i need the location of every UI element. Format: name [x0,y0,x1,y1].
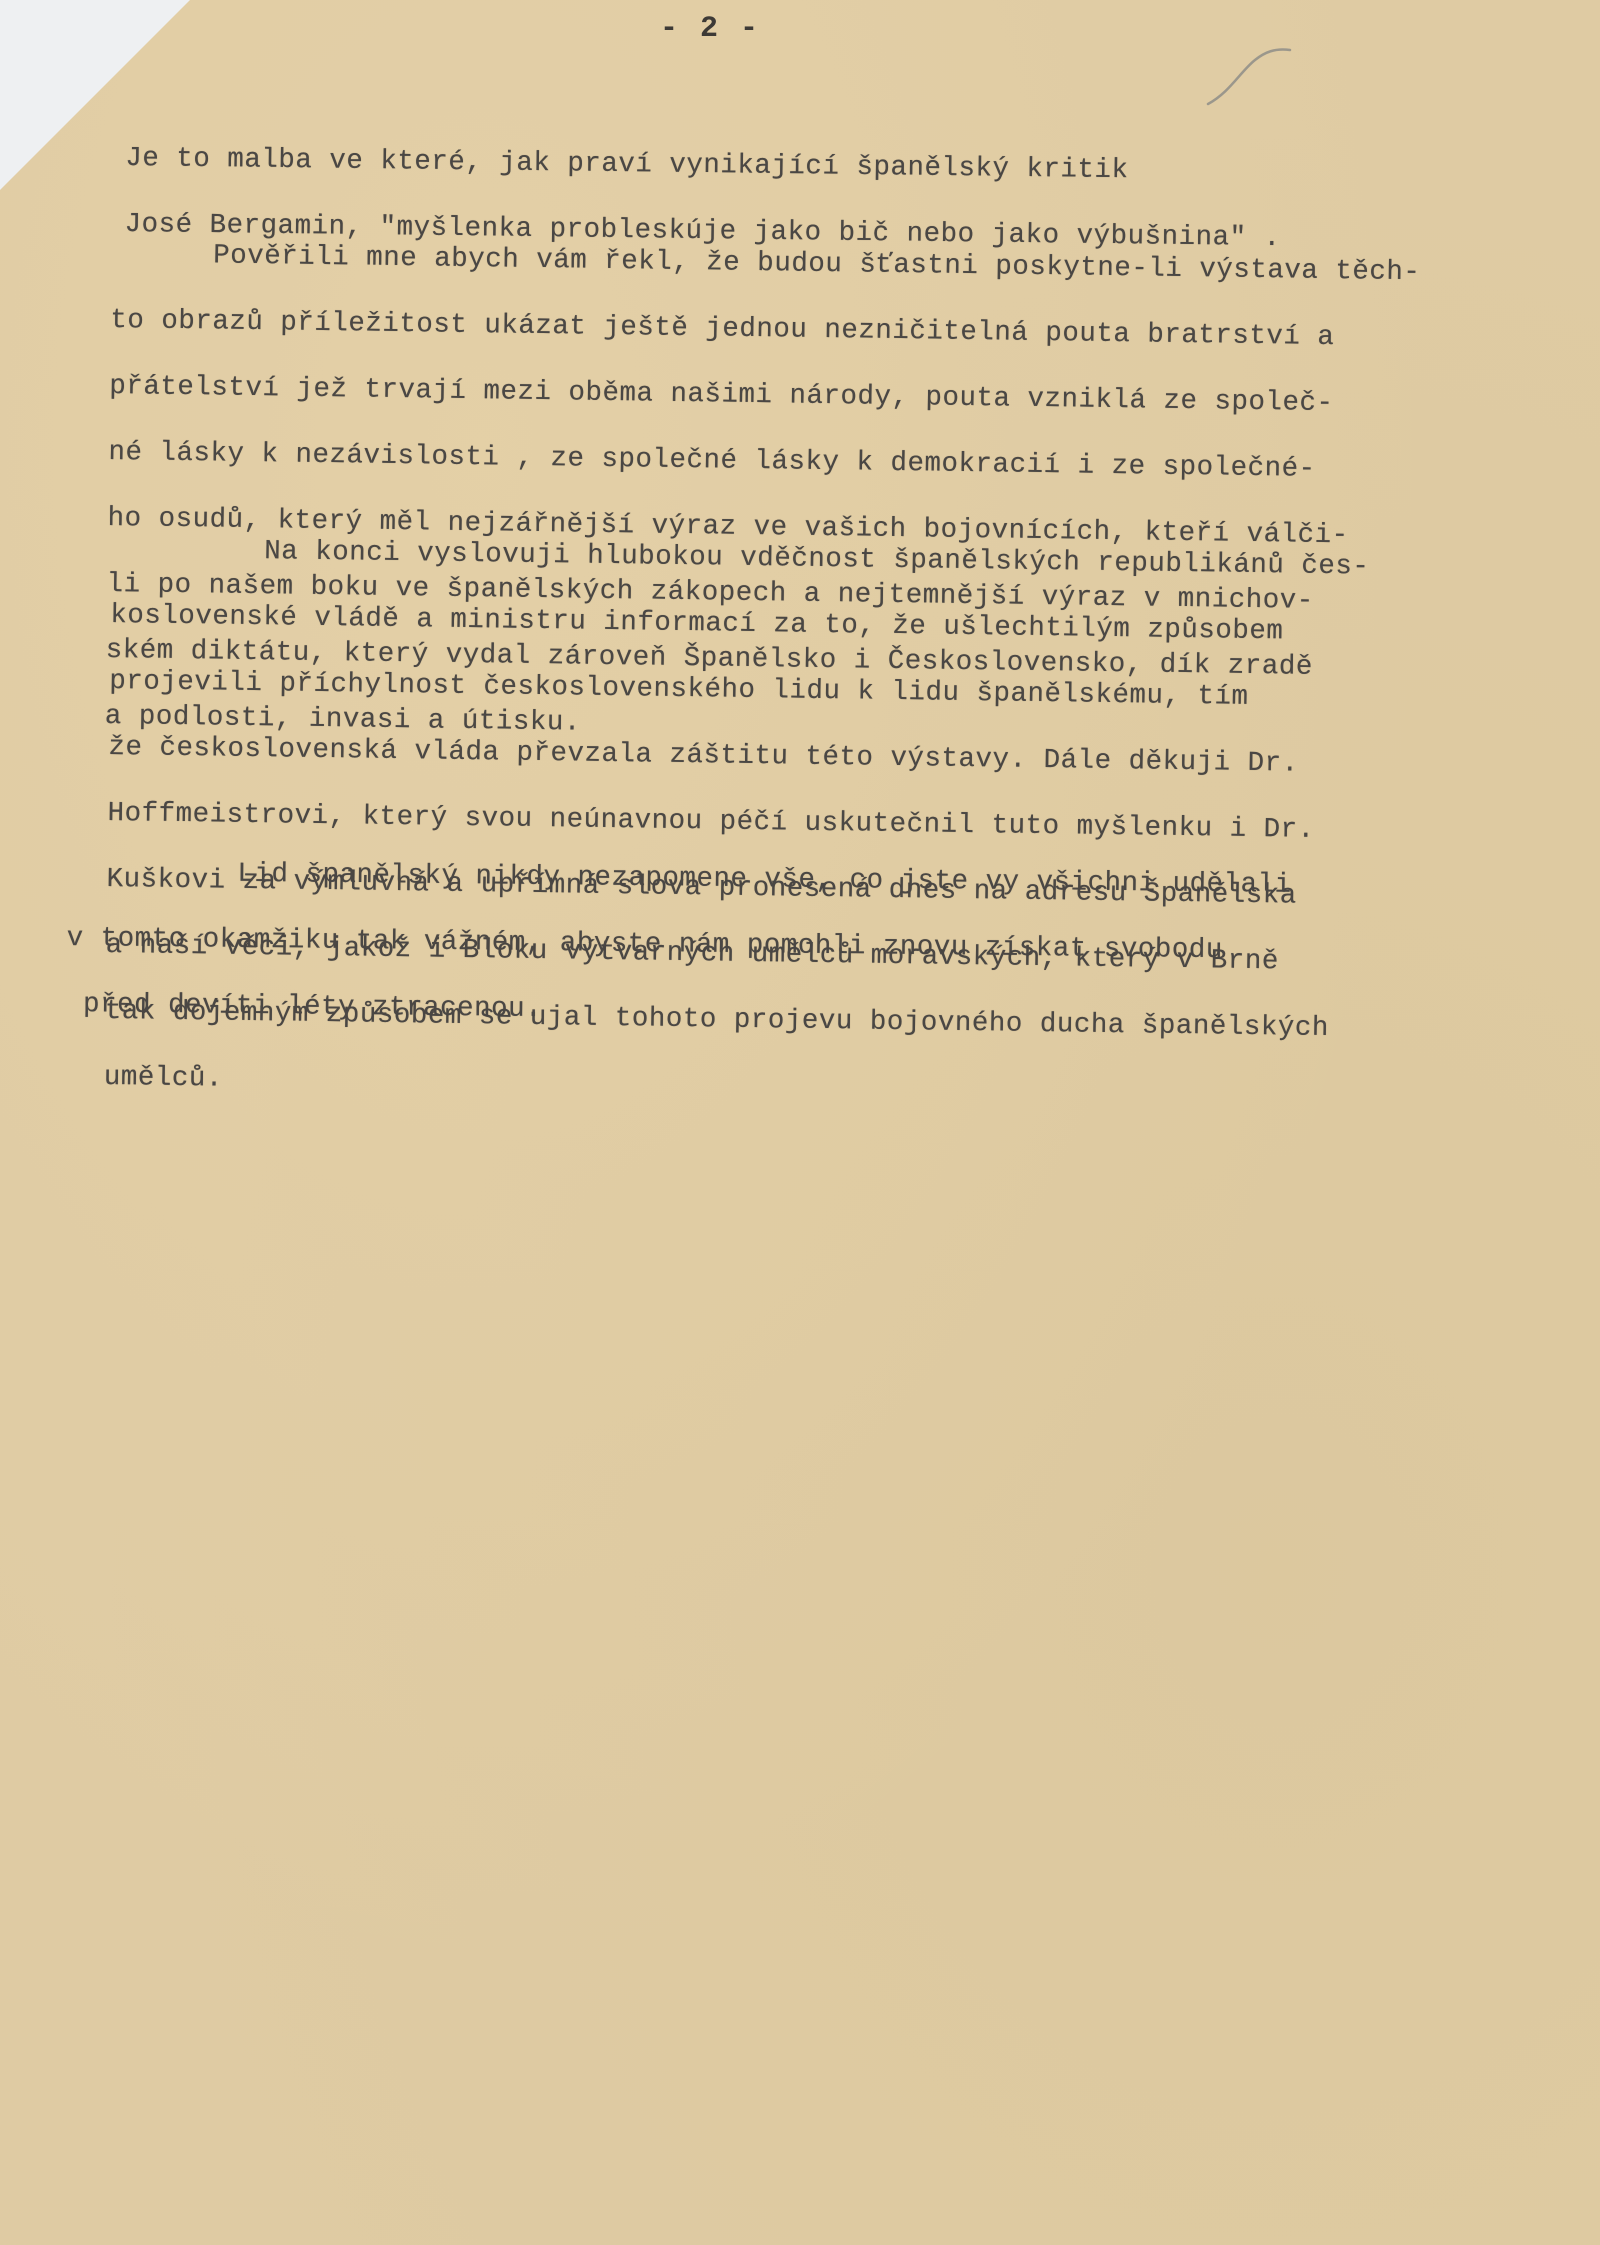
text-line: Lid španělský nikdy nezapomene vše, co j… [67,862,1291,897]
text-line: před devíti léty ztracenou. [66,994,1290,1029]
text-line: projevili příchylnost československého l… [109,671,1367,711]
pencil-mark-icon [1200,42,1320,112]
text-line: Pověřili mne abych vám řekl, že budou šť… [111,244,1420,284]
text-line: Na konci vyslovuji hlubokou vděčnost špa… [111,539,1369,579]
text-line: že československá vláda převzala záštitu… [108,737,1366,777]
text-line: koslovenské vládě a ministru informací z… [110,605,1368,645]
text-line: to obrazů příležitost ukázat ještě jedno… [110,310,1419,350]
page-number: - 2 - [650,12,770,46]
text-line: né lásky k nezávislosti , ze společné lá… [108,442,1417,482]
text-line: v tomto okamžiku tak vážném, abyste nám … [67,928,1291,963]
document-page: - 2 - Je to malba ve které, jak praví vy… [0,0,1600,2245]
text-line: přátelství jež trvají mezi oběma našimi … [109,376,1418,416]
paragraph-closing: Lid španělský nikdy nezapomene vše, co j… [65,818,1292,1073]
text-line: Je to malba ve které, jak praví vynikají… [125,148,1281,184]
text-line: umělců. [104,1067,1362,1107]
